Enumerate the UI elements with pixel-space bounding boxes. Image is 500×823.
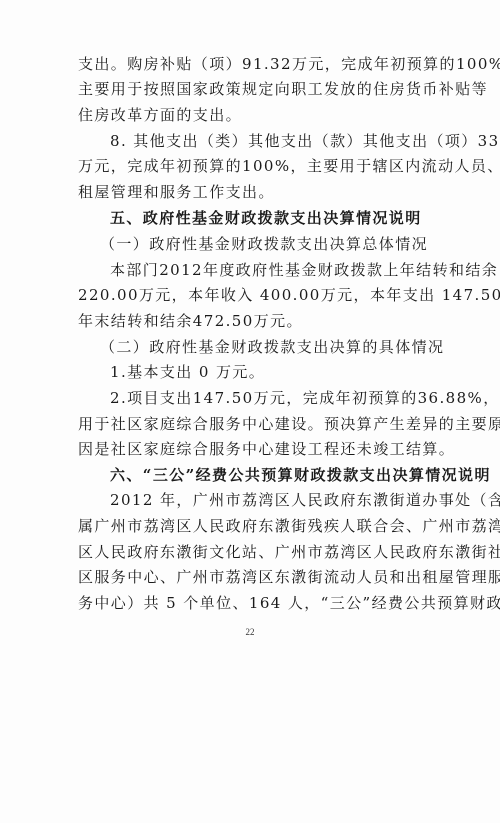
page-number: 22 — [0, 627, 500, 637]
paragraph-line: 区人民政府东漖街文化站、广州市荔湾区人民政府东漖街社 — [78, 542, 414, 562]
paragraph-line: 住房改革方面的支出。 — [78, 105, 414, 125]
paragraph-line: 支出。购房补贴（项）91.32万元，完成年初预算的100%， — [78, 54, 414, 74]
paragraph-line: 用于社区家庭综合服务中心建设。预决算产生差异的主要原 — [78, 414, 414, 434]
paragraph-line: 区服务中心、广州市荔湾区东漖街流动人员和出租屋管理服 — [78, 567, 414, 587]
paragraph-line: 租屋管理和服务工作支出。 — [78, 182, 414, 202]
paragraph-line: 本部门2012年度政府性基金财政拨款上年结转和结余 — [110, 260, 414, 280]
subsection-heading: （二）政府性基金财政拨款支出决算的具体情况 — [100, 337, 404, 357]
document-page: 支出。购房补贴（项）91.32万元，完成年初预算的100%， 主要用于按照国家政… — [0, 0, 500, 823]
paragraph-line: 属广州市荔湾区人民政府东漖街残疾人联合会、广州市荔湾 — [78, 516, 414, 536]
paragraph-line: 2012 年，广州市荔湾区人民政府东漖街道办事处（含所 — [110, 490, 414, 510]
paragraph-line: 主要用于按照国家政策规定向职工发放的住房货币补贴等 — [78, 79, 414, 99]
section-heading: 六、“三公”经费公共预算财政拨款支出决算情况说明 — [110, 465, 414, 485]
list-item: 2.项目支出147.50万元，完成年初预算的36.88%，主要 — [110, 388, 414, 408]
paragraph-line: 220.00万元，本年收入 400.00万元，本年支出 147.50万元， — [78, 285, 414, 305]
list-item: 1.基本支出 0 万元。 — [110, 362, 414, 382]
paragraph-line: 万元，完成年初预算的100%，主要用于辖区内流动人员、出 — [78, 156, 414, 176]
subsection-heading: （一）政府性基金财政拨款支出决算总体情况 — [100, 234, 404, 254]
paragraph-line: 因是社区家庭综合服务中心建设工程还未竣工结算。 — [78, 439, 414, 459]
paragraph-line: 年末结转和结余472.50万元。 — [78, 311, 414, 331]
section-heading: 五、政府性基金财政拨款支出决算情况说明 — [110, 208, 414, 228]
paragraph-line: 8. 其他支出（类）其他支出（款）其他支出（项）33.86 — [110, 131, 414, 151]
paragraph-line: 务中心）共 5 个单位、164 人，“三公”经费公共预算财政拨 — [78, 593, 414, 613]
